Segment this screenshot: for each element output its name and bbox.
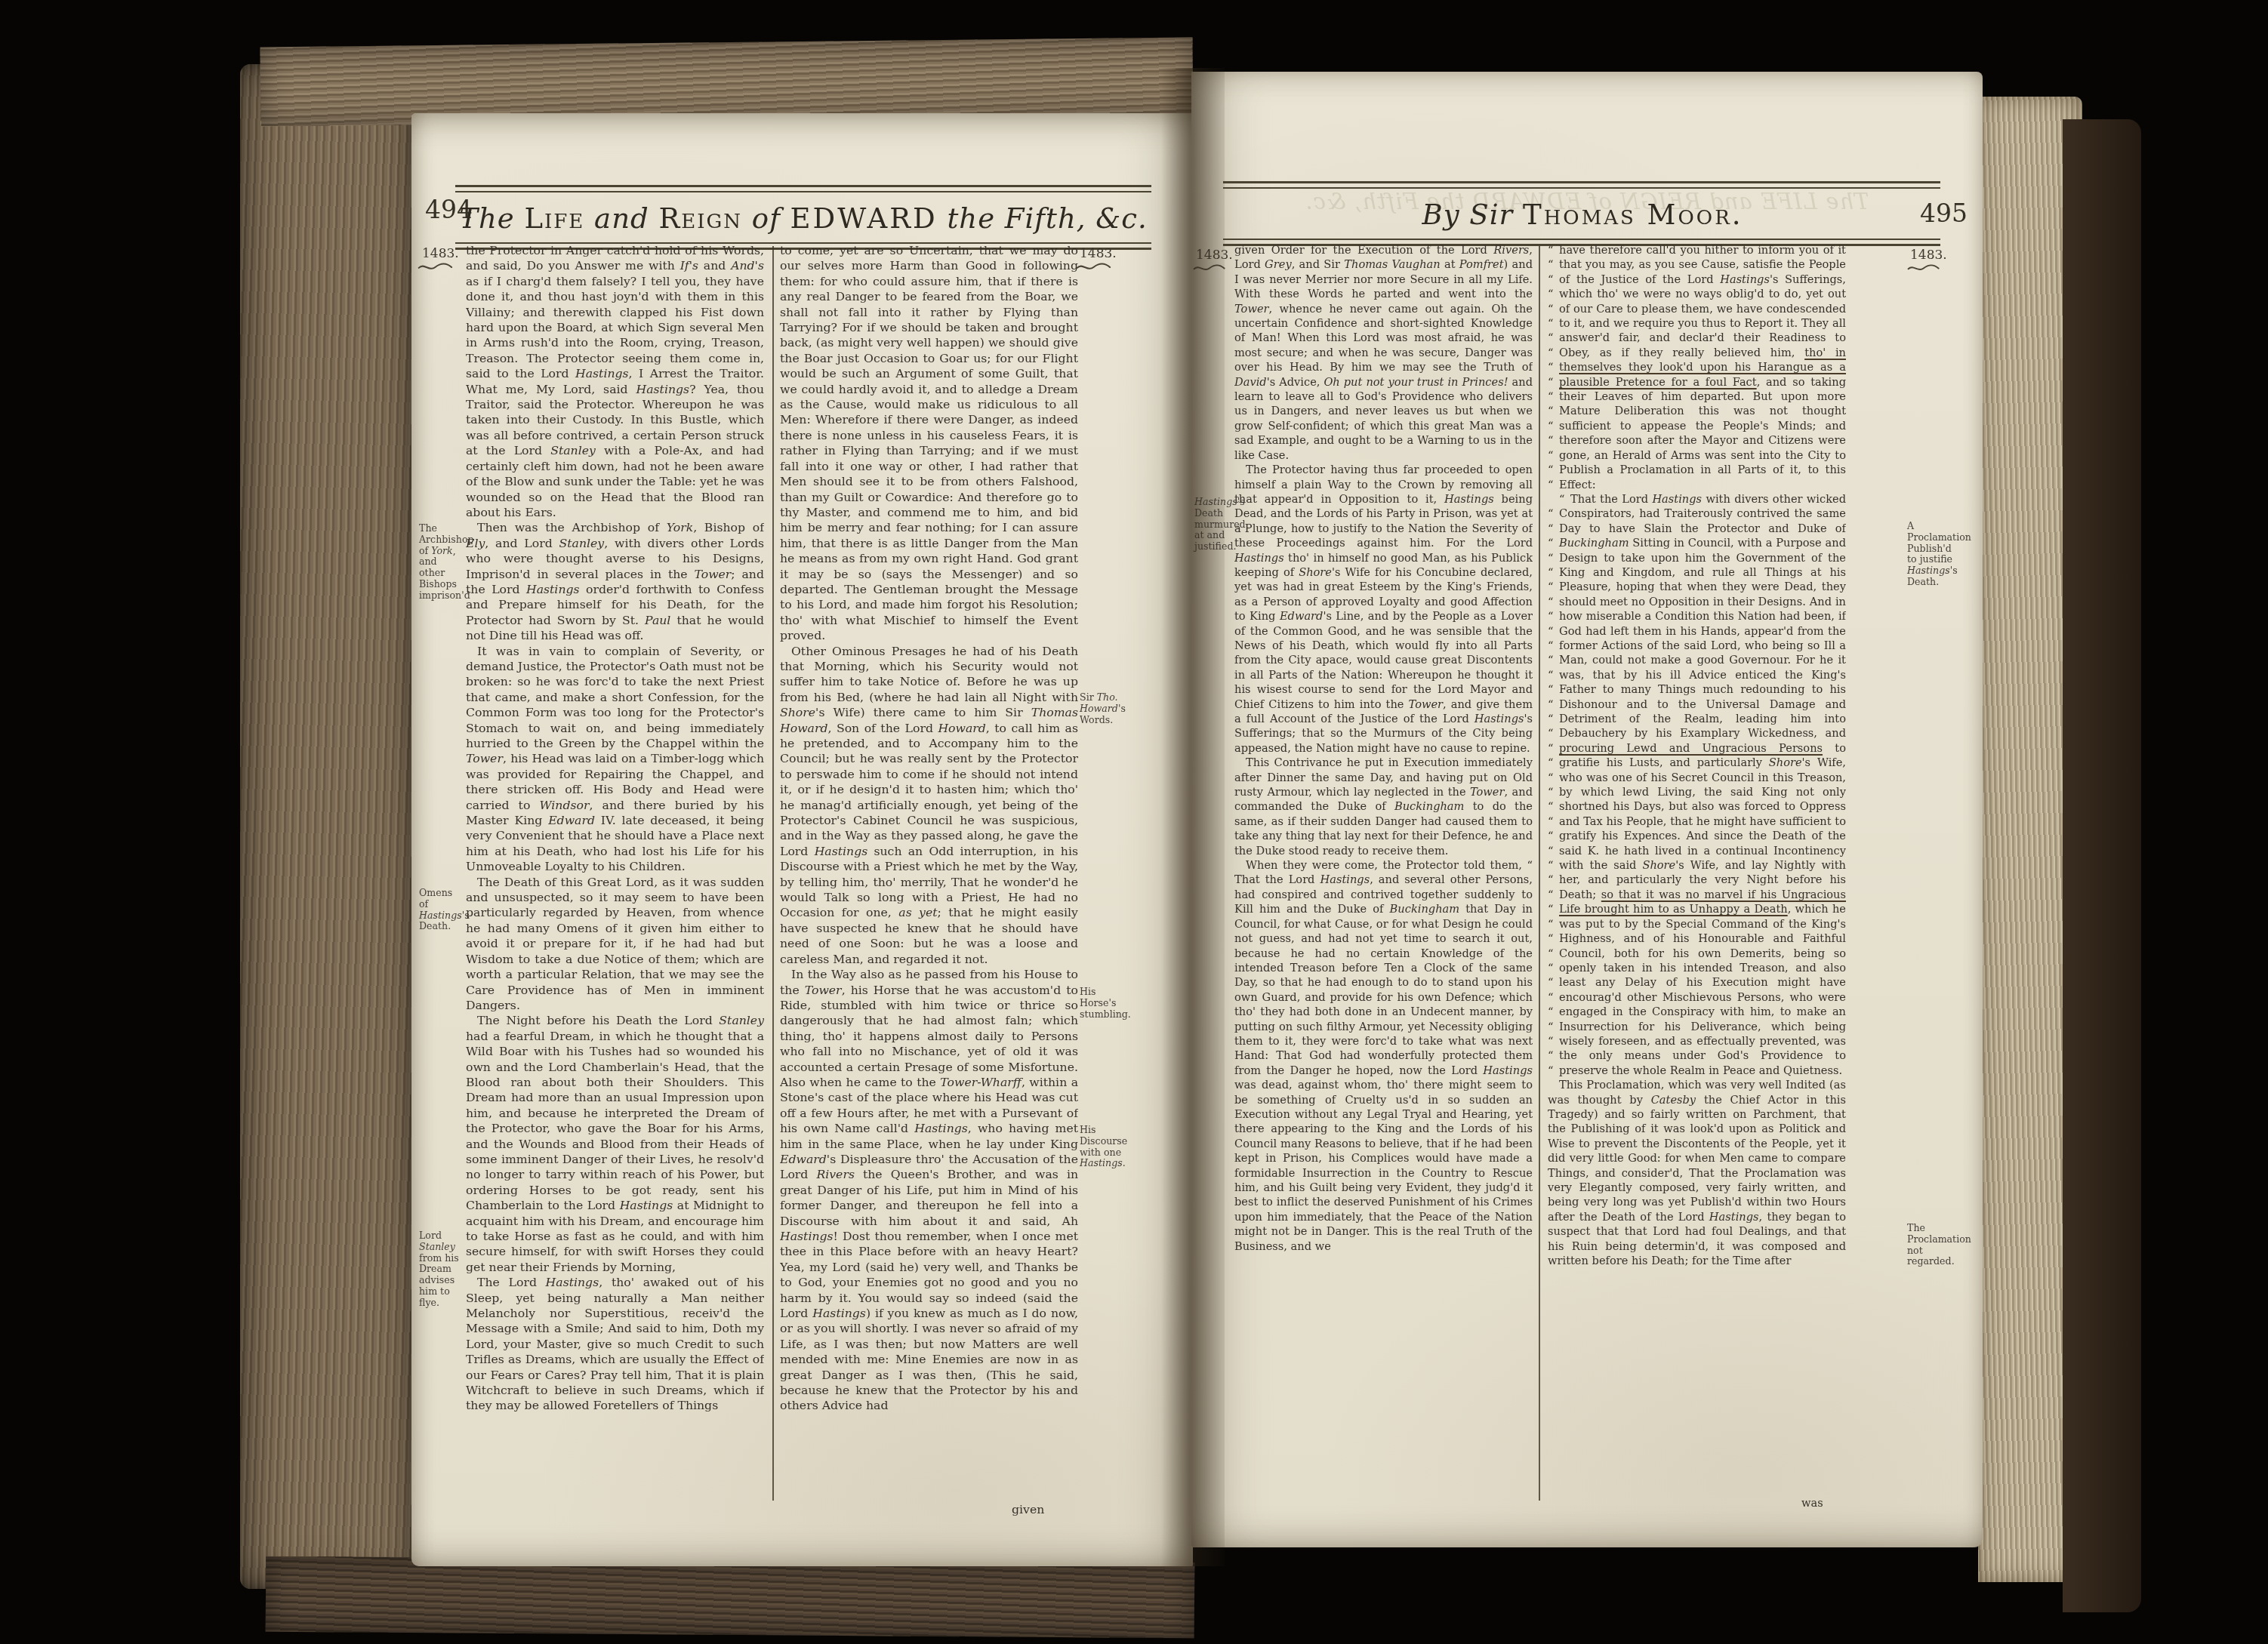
margin-year-left-outer: 1483. [1080, 246, 1117, 261]
margin-note-proclamation-published: A Proclamation Publish'd to justifie Has… [1907, 521, 1961, 588]
book-cover-right [2063, 119, 2141, 1612]
paragraph: The Archbishop of York, and other Bishop… [419, 523, 463, 602]
paragraph: the Protector in Anger catch'd hold of h… [466, 243, 764, 520]
book-photo: 494 The Life and Reign of EDWARD the Fif… [0, 0, 2268, 1644]
left-page-header: The Life and Reign of EDWARD the Fifth, … [455, 185, 1151, 250]
paragraph: It was in vain to complain of Severity, … [466, 644, 764, 875]
catchword-left: given [1012, 1502, 1044, 1516]
paragraph: When they were come, the Protector told … [1234, 858, 1533, 1254]
year-flourish-icon [1907, 263, 1946, 276]
paragraph: to come, yet are so Uncertain, that we m… [780, 243, 1078, 644]
paragraph: Other Ominous Presages he had of his Dea… [780, 644, 1078, 968]
right-page-column-2: have therefore call'd you hither to info… [1548, 243, 1846, 1507]
margin-note-omens: Omens of Hastings's Death. [419, 888, 463, 932]
paragraph: This Contrivance he put in Execution imm… [1234, 756, 1533, 858]
paragraph: Omens of Hastings's Death. [419, 888, 463, 932]
running-title-left: The Life and Reign of EDWARD the Fifth, … [455, 202, 1151, 235]
margin-note-horse-stumbling: His Horse's stumbling. [1080, 987, 1129, 1020]
paragraph: The Proclamation not regarded. [1907, 1223, 1961, 1267]
gutter-shadow [1161, 68, 1225, 1566]
margin-year-left-inner: 1483. [422, 246, 459, 261]
margin-note-archbishop: The Archbishop of York, and other Bishop… [419, 523, 463, 602]
paragraph: The Night before his Death the Lord Stan… [466, 1013, 764, 1275]
paragraph: Then was the Archbishop of York, Bishop … [466, 520, 764, 643]
year-flourish-icon [418, 261, 457, 275]
column-divider [772, 246, 774, 1501]
right-page-column-1: given Order for the Execution of the Lor… [1234, 243, 1533, 1507]
paragraph: given Order for the Execution of the Lor… [1234, 243, 1533, 463]
margin-note-proclamation-not-regarded: The Proclamation not regarded. [1907, 1223, 1961, 1267]
paragraph: The Life and Reign of EDWARD the Fifth, … [455, 202, 1151, 235]
catchword-right: was [1801, 1497, 1823, 1510]
paragraph: His Discourse with one Hastings. [1080, 1125, 1129, 1169]
paragraph: By Sir Thomas Moor. [1223, 199, 1940, 231]
left-page: 494 The Life and Reign of EDWARD the Fif… [411, 113, 1193, 1566]
margin-year-right-outer: 1483. [1910, 248, 1947, 263]
right-page: The LIFE and REIGN of EDWARD the Fifth, … [1191, 72, 1983, 1547]
header-rule-top [455, 185, 1151, 192]
year-flourish-icon [1076, 261, 1115, 275]
book-page-edges-left [240, 64, 420, 1589]
paragraph: In the Way also as he passed from his Ho… [780, 967, 1078, 1414]
header-rule-top [1223, 181, 1940, 189]
paragraph: Lord Stanley from his Dream advises him … [419, 1230, 463, 1309]
paragraph: A Proclamation Publish'd to justifie Has… [1907, 521, 1961, 588]
paragraph: The Lord Hastings, tho' awaked out of hi… [466, 1275, 764, 1414]
left-page-column-2: to come, yet are so Uncertain, that we m… [780, 243, 1078, 1507]
paragraph: Sir Tho. Howard's Words. [1080, 692, 1129, 725]
column-divider [1539, 246, 1540, 1501]
paragraph: His Horse's stumbling. [1080, 987, 1129, 1020]
margin-note-stanley-dream: Lord Stanley from his Dream advises him … [419, 1230, 463, 1309]
paragraph: have therefore call'd you hither to info… [1548, 243, 1846, 492]
right-page-header: By Sir Thomas Moor. [1223, 181, 1940, 246]
paragraph: The Protector having thus far proceeded … [1234, 463, 1533, 756]
book-page-edges-bottom [266, 1556, 1195, 1639]
running-title-right: By Sir Thomas Moor. [1223, 199, 1940, 231]
left-page-column-1: the Protector in Anger catch'd hold of h… [466, 243, 764, 1507]
paragraph: The Death of this Great Lord, as it was … [466, 875, 764, 1014]
margin-note-discourse-hastings: His Discourse with one Hastings. [1080, 1125, 1129, 1169]
margin-note-howard-words: Sir Tho. Howard's Words. [1080, 692, 1129, 725]
paragraph: This Proclamation, which was very well I… [1548, 1078, 1846, 1268]
paragraph: That the Lord Hastings with divers other… [1548, 492, 1846, 1078]
